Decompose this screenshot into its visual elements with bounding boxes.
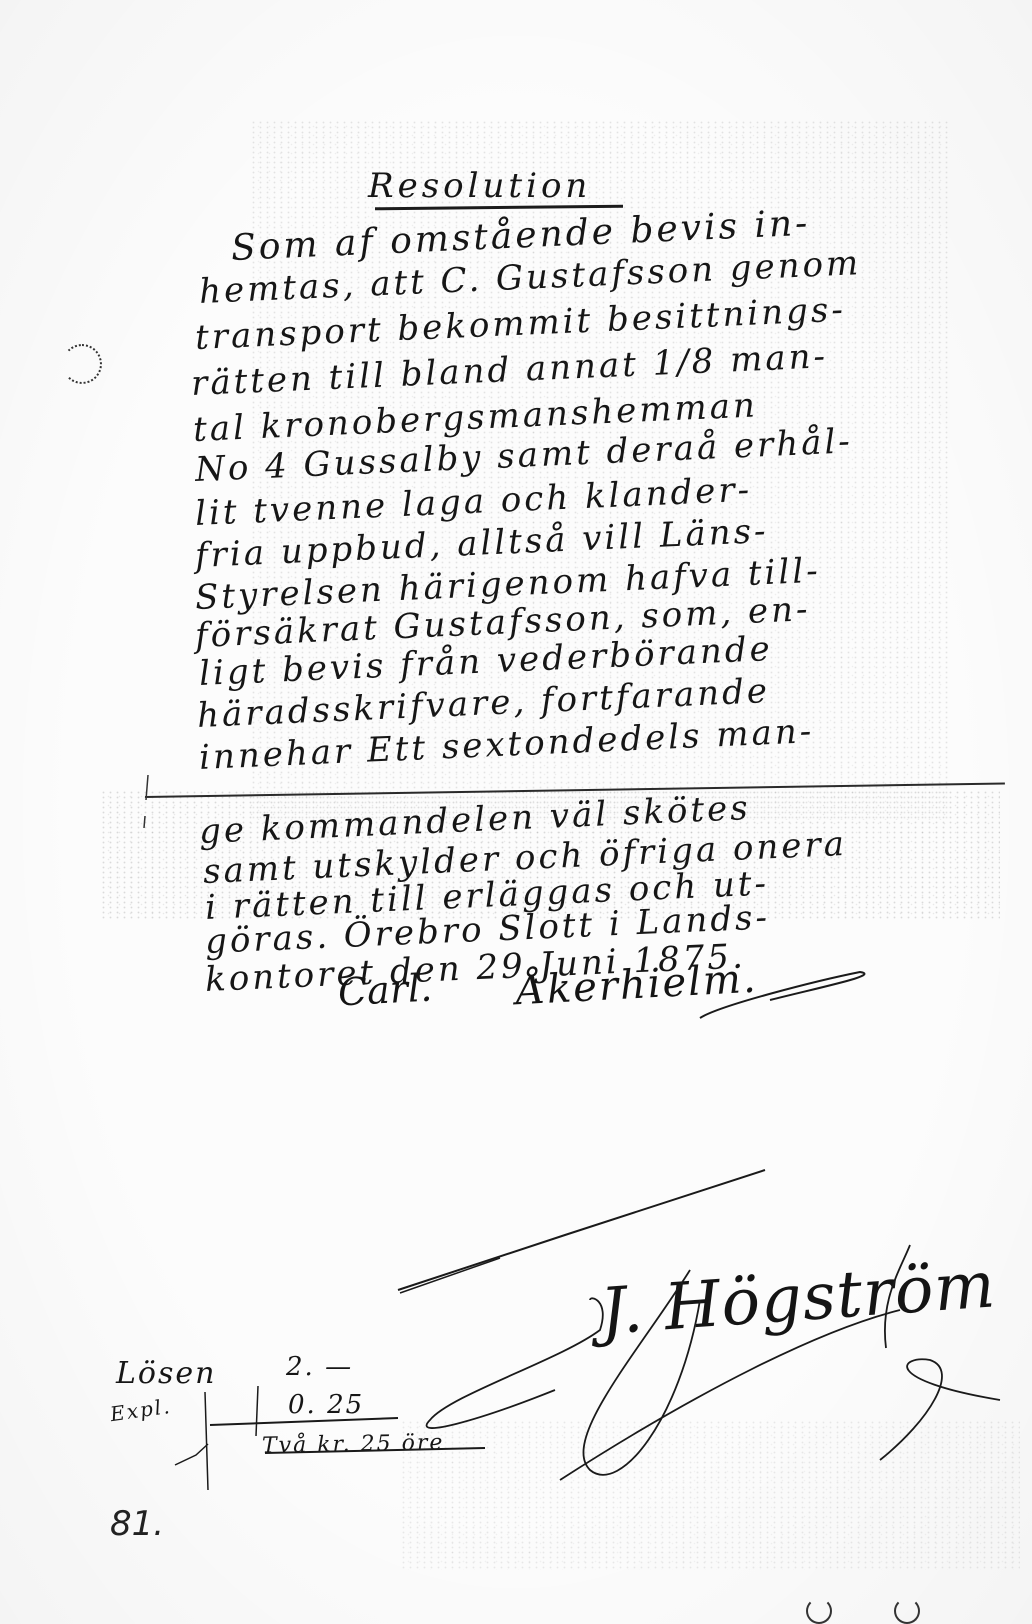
scan-noise-band	[400, 1420, 1020, 1570]
page-number: 81.	[110, 1504, 164, 1544]
punch-hole-left	[62, 344, 102, 384]
fee-label-expl: Expl.	[109, 1394, 173, 1426]
punch-hole-bottom-left	[806, 1598, 832, 1624]
fee-value-expl: 0. 25	[288, 1390, 364, 1420]
fee-total: Två kr. 25 öre	[262, 1430, 445, 1458]
fee-value-losen: 2. —	[286, 1352, 353, 1382]
fee-label-losen: Lösen	[116, 1356, 216, 1391]
punch-hole-bottom-right	[894, 1598, 920, 1624]
signature-hogstrom: J. Högström	[598, 1248, 998, 1349]
scanned-document-page: Resolution Som af omstående bevis in- he…	[0, 0, 1032, 1624]
signature-carl: Carl.	[337, 966, 433, 1015]
document-title: Resolution	[368, 166, 591, 206]
